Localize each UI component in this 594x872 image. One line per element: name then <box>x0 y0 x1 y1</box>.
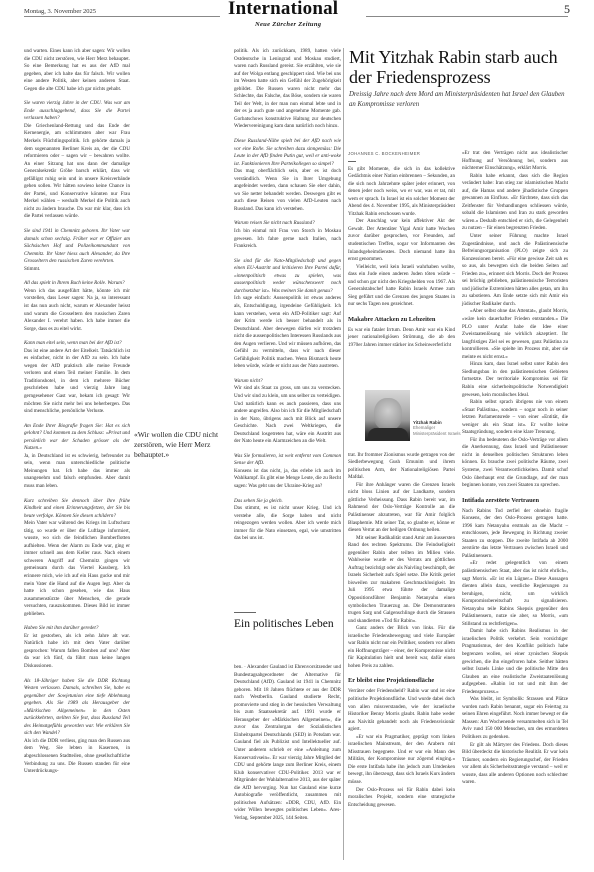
article-paragraph: Was bleibt, ist Symbolik: Strassen und P… <box>462 696 568 741</box>
interview-question: All das spielt in Ihrem Buch keine Rolle… <box>24 280 130 288</box>
column-divider <box>343 48 344 860</box>
article-paragraph: Er gilt als Märtyrer des Friedens. Doch … <box>462 742 568 787</box>
article-paragraph: «Er war ein Pragmatiker, geprägt vom lin… <box>348 734 455 787</box>
header-rule-right <box>366 16 568 17</box>
page-number: 5 <box>564 2 570 17</box>
article-paragraph: Rabin habe erkannt, dass sich die Region… <box>462 173 568 233</box>
interview-answer: Wir sind als Staat zu gross, um uns zu v… <box>234 385 341 445</box>
header-rule-left <box>24 16 220 17</box>
article-paragraph: Der Oslo-Prozess sei für Rabin dabei kei… <box>348 787 455 810</box>
interview-answer: Stimmt. <box>24 266 130 274</box>
interview-answer: Er ist gestorben, als ich zehn Jahre alt… <box>24 633 130 671</box>
rabin-portrait-image <box>365 390 410 441</box>
article-paragraph: «Er redet gelegentlich von einem palästi… <box>462 560 568 628</box>
interview-question: Warum reisen Sie nicht nach Russland? <box>234 220 341 228</box>
section-subheading: Intifada zerstörte Vertrauen <box>462 496 568 505</box>
byline-rule <box>348 161 356 162</box>
info-box-text: ben. · Alexander Gauland ist Ehrenvorsit… <box>234 664 341 822</box>
article-column-1: JOHANNES C. BOCKENHEIMER Es gibt Momente… <box>348 150 455 809</box>
issue-date: Montag, 3. November 2025 <box>24 8 96 15</box>
interview-question: Kurz schreiben Sie dennoch über Ihre frü… <box>24 498 130 521</box>
interview-question: Als 18-Jähriger haben Sie die DDR Richtu… <box>24 678 130 738</box>
article-paragraph: Für ihn bedeuteten die Oslo-Verträge vor… <box>462 437 568 490</box>
article-paragraph: Ganz anders der Blick von links. Für die… <box>348 625 455 670</box>
interview-question: Warum nicht? <box>234 378 341 386</box>
article-paragraph: Unter seiner Führung machte Israel Zuges… <box>462 233 568 308</box>
byline: JOHANNES C. BOCKENHEIMER <box>348 150 455 158</box>
interview-question: Was Sie formulieren, ist weit entfernt v… <box>234 453 341 468</box>
section-subheading: Makabre Attacken zu Lebzeiten <box>348 315 455 324</box>
interview-question: Haben Sie mit ihm darüber geredet? <box>24 625 130 633</box>
interview-question: Sie waren vierzig Jahre in der CDU. Was … <box>24 100 130 123</box>
interview-answer: Das ist eine andere Art der Eitelkeit. T… <box>24 348 130 416</box>
article-paragraph: trat. Ihr frommer Zionismus wurde getrag… <box>348 452 455 482</box>
interview-answer: Das mag oberflächlich sein, aber es ist … <box>234 168 341 213</box>
info-box-heading: Ein politisches Leben <box>234 618 341 632</box>
article-paragraph: Rabin selbst sprach übrigens nie von ein… <box>462 399 568 437</box>
interview-answer: Das stimmt, es ist nicht unser Krieg. Un… <box>234 505 341 543</box>
article-paragraph: Vielleicht, weil kein Israeli wahrhaben … <box>348 264 455 309</box>
interview-question: Diese Russland-Nähe spielt bei der AfD n… <box>234 138 341 168</box>
interview-answer: Ich sage einfach: Aussenpolitik ist etwa… <box>234 295 341 370</box>
portrait-coat <box>368 428 408 441</box>
article-paragraph: Hinzu kam, dass Israel selbst unter Rabi… <box>462 361 568 399</box>
interview-column-2: politik. Als ich zurückkam, 1989, hatten… <box>234 48 341 543</box>
interview-answer: Wenn ich das ausgeführt hätte, könnte ic… <box>24 288 130 333</box>
caption-role: Ehemaliger Ministerpräsident Israels <box>413 425 469 436</box>
article-paragraph: «Er trat den Verträgen nicht aus idealis… <box>462 150 568 173</box>
interview-question: Am Ende Ihrer Biografie fragen Sie: Hat … <box>24 423 130 453</box>
article-paragraph: Der Anschlag war kein affektiver Akt der… <box>348 218 455 263</box>
interview-question: Sie sind 1941 in Chemnitz geboren. Ihr V… <box>24 228 130 266</box>
interview-question: Sie sind für die Nato-Mitgliedschaft und… <box>234 258 341 296</box>
article-subheadline: Dreissig Jahre nach dem Mord am Minister… <box>349 90 571 109</box>
article-column-1-body: Es gibt Momente, die sich in das kollekt… <box>348 166 455 810</box>
rabin-photo-block: Yitzhak Rabin Ehemaliger Ministerpräside… <box>365 390 455 448</box>
pull-quote: «Wir wollen die CDU nicht zerstören, wie… <box>134 430 230 460</box>
article-paragraph: Mit seiner Radikalität stand Amir am äus… <box>348 535 455 626</box>
interview-answer: Mein Vater war während des Kriegs im Luf… <box>24 520 130 618</box>
article-paragraph: «Aber selbst ohne das Attentat», glaubt … <box>462 308 568 361</box>
interview-answer: Konsens ist das nicht, ja, das erlebe ic… <box>234 468 341 491</box>
article-paragraph: Verräter oder Friedensheld? Rabin war un… <box>348 688 455 733</box>
article-paragraph: Nach Rabins Tod zerfiel der ohnehin frag… <box>462 508 568 561</box>
interview-column-1: und warten. Eines kann ich aber sagen: W… <box>24 48 130 776</box>
portrait-face <box>374 398 402 430</box>
article-paragraph: Es war ein fataler Irrtum. Denn Amir war… <box>348 327 455 350</box>
article-paragraph: Damit habe sich Rabins Realismus in der … <box>462 628 568 696</box>
interview-answer: Die Griechenland-Rettung und das Ende de… <box>24 123 130 221</box>
interview-answer: und warten. Eines kann ich aber sagen: W… <box>24 48 130 93</box>
interview-question: Kann man eitel sein, wenn man bei der Af… <box>24 340 130 348</box>
interview-answer: politik. Als ich zurückkam, 1989, hatten… <box>234 48 341 131</box>
masthead-logo: Neue Zürcher Zeitung <box>255 21 321 28</box>
section-subheading: Er bleibt eine Projektionsfläche <box>348 676 455 685</box>
interview-answer: Ja, in Deutschland ist es schwierig, bef… <box>24 453 130 491</box>
article-headline: Mit Yitzhak Rabin starb auch der Frieden… <box>349 48 571 87</box>
info-box-rule <box>234 612 256 613</box>
section-title: International <box>228 0 338 20</box>
interview-answer: Als ich die DDR verliess, ging man den R… <box>24 738 130 776</box>
interview-answer: Ich bin einmal mit Frau von Storch in Mo… <box>234 228 341 251</box>
article-paragraph: Für ihre Anhänger waren die Grenzen Isra… <box>348 482 455 535</box>
article-paragraph: Es gibt Momente, die sich in das kollekt… <box>348 166 455 219</box>
interview-question: Das sehen Sie ja gleich. <box>234 498 341 506</box>
article-column-2: «Er trat den Verträgen nicht aus idealis… <box>462 150 568 787</box>
photo-caption: Yitzhak Rabin Ehemaliger Ministerpräside… <box>413 420 469 437</box>
